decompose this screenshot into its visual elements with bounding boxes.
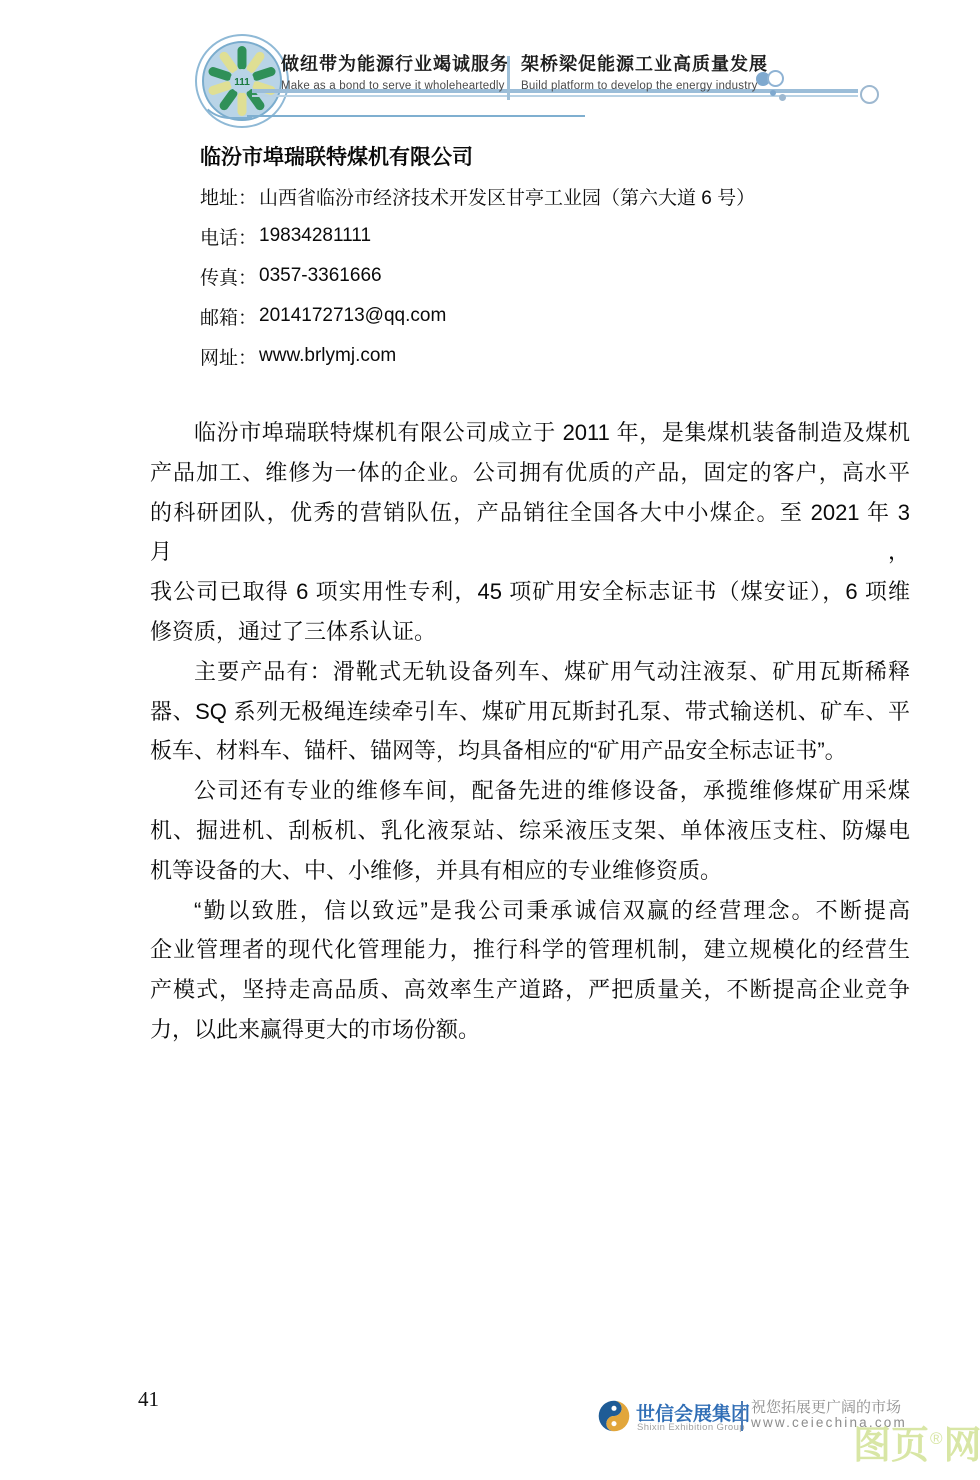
contact-value: 2014172713@qq.com bbox=[259, 305, 446, 327]
page-number: 41 bbox=[138, 1387, 159, 1412]
registered-mark-icon: ® bbox=[930, 1417, 943, 1461]
watermark-text-right: 网 bbox=[944, 1425, 980, 1467]
watermark-text-left: 图页 bbox=[853, 1425, 929, 1467]
contact-label: 网址： bbox=[200, 343, 257, 370]
footer-tagline: 祝您拓展更广阔的市场 bbox=[751, 1396, 901, 1417]
decor-bubble-outline bbox=[767, 70, 784, 87]
header-slogan-right: 架桥梁促能源工业高质量发展 Build platform to develop … bbox=[521, 50, 768, 92]
slogan-left-chinese: 做纽带为能源行业竭诚服务 bbox=[281, 50, 509, 76]
shixin-logo-icon bbox=[597, 1399, 631, 1433]
document-page: 111 做纽带为能源行业竭诚服务 Make as a bond to serve… bbox=[0, 0, 980, 1480]
contact-value: 19834281111 bbox=[259, 225, 371, 247]
paragraph-line: 公司还有专业的维修车间，配备先进的维修设备，承揽维修煤矿用采煤 bbox=[150, 771, 910, 811]
paragraph-line: 力，以此来赢得更大的市场份额。 bbox=[150, 1010, 910, 1050]
paragraph-line: 器、SQ 系列无极绳连续牵引车、煤矿用瓦斯封孔泵、带式输送机、矿车、平 bbox=[150, 692, 910, 732]
header-slogan-left: 做纽带为能源行业竭诚服务 Make as a bond to serve it … bbox=[281, 50, 509, 92]
contact-row-address: 地址： 山西省临汾市经济技术开发区甘亭工业园（第六大道 6 号） bbox=[200, 176, 755, 216]
logo-mark-text: 111 bbox=[234, 77, 250, 88]
footer-brand-english: Shixin Exhibition Group bbox=[637, 1422, 745, 1433]
paragraph-line: 板车、材料车、锚杆、锚网等，均具备相应的“矿用产品安全标志证书”。 bbox=[150, 731, 910, 771]
slogan-right-english: Build platform to develop the energy ind… bbox=[521, 80, 768, 92]
contact-row-fax: 传真： 0357-3361666 bbox=[200, 256, 755, 296]
paragraph-line: 机、掘进机、刮板机、乳化液泵站、综采液压支架、单体液压支柱、防爆电 bbox=[150, 811, 910, 851]
contact-label: 传真： bbox=[200, 263, 257, 290]
contact-value: www.brlymj.com bbox=[259, 345, 396, 367]
paragraph-line: 我公司已取得 6 项实用性专利，45 项矿用安全标志证书（煤安证），6 项维 bbox=[150, 572, 910, 612]
contact-row-website: 网址： www.brlymj.com bbox=[200, 336, 755, 376]
paragraph-line: 产模式，坚持走高品质、高效率生产道路，严把质量关，不断提高企业竞争 bbox=[150, 970, 910, 1010]
contact-row-phone: 电话： 19834281111 bbox=[200, 216, 755, 256]
watermark: 图页®网 bbox=[853, 1424, 980, 1475]
slogan-divider bbox=[507, 56, 510, 100]
paragraph-line: 修资质，通过了三体系认证。 bbox=[150, 612, 910, 652]
slogan-right-chinese: 架桥梁促能源工业高质量发展 bbox=[521, 50, 768, 76]
slogan-left-english: Make as a bond to serve it wholeheartedl… bbox=[281, 80, 509, 92]
paragraph-line: 临汾市埠瑞联特煤机有限公司成立于 2011 年，是集煤机装备制造及煤机 bbox=[150, 413, 910, 453]
footer-divider bbox=[741, 1401, 743, 1431]
company-name: 临汾市埠瑞联特煤机有限公司 bbox=[200, 141, 473, 171]
contact-block: 地址： 山西省临汾市经济技术开发区甘亭工业园（第六大道 6 号） 电话： 198… bbox=[200, 176, 755, 376]
shixin-logo bbox=[597, 1399, 631, 1438]
paragraph-line: 主要产品有：滑靴式无轨设备列车、煤矿用气动注液泵、矿用瓦斯稀释 bbox=[150, 652, 910, 692]
contact-label: 邮箱： bbox=[200, 303, 257, 330]
paragraph-line: 的科研团队，优秀的营销队伍，产品销往全国各大中小煤企。至 2021 年 3 月， bbox=[150, 493, 910, 573]
header-rule-thin bbox=[252, 95, 858, 97]
contact-value: 山西省临汾市经济技术开发区甘亭工业园（第六大道 6 号） bbox=[259, 183, 755, 210]
contact-label: 地址： bbox=[200, 183, 257, 210]
contact-value: 0357-3361666 bbox=[259, 265, 382, 287]
decor-dot-small bbox=[770, 90, 776, 96]
logo-swoosh-line bbox=[247, 115, 585, 118]
contact-label: 电话： bbox=[200, 223, 257, 250]
company-profile-text: 临汾市埠瑞联特煤机有限公司成立于 2011 年，是集煤机装备制造及煤机 产品加工… bbox=[150, 413, 910, 1050]
contact-row-email: 邮箱： 2014172713@qq.com bbox=[200, 296, 755, 336]
decor-bubble-end bbox=[860, 85, 879, 104]
paragraph-line: 机等设备的大、中、小维修，并具有相应的专业维修资质。 bbox=[150, 851, 910, 891]
paragraph-line: 产品加工、维修为一体的企业。公司拥有优质的产品，固定的客户，高水平 bbox=[150, 453, 910, 493]
decor-dot-small bbox=[779, 94, 786, 101]
paragraph-line: “勤以致胜，信以致远”是我公司秉承诚信双赢的经营理念。不断提高 bbox=[150, 891, 910, 931]
paragraph-line: 企业管理者的现代化管理能力，推行科学的管理机制，建立规模化的经营生 bbox=[150, 930, 910, 970]
